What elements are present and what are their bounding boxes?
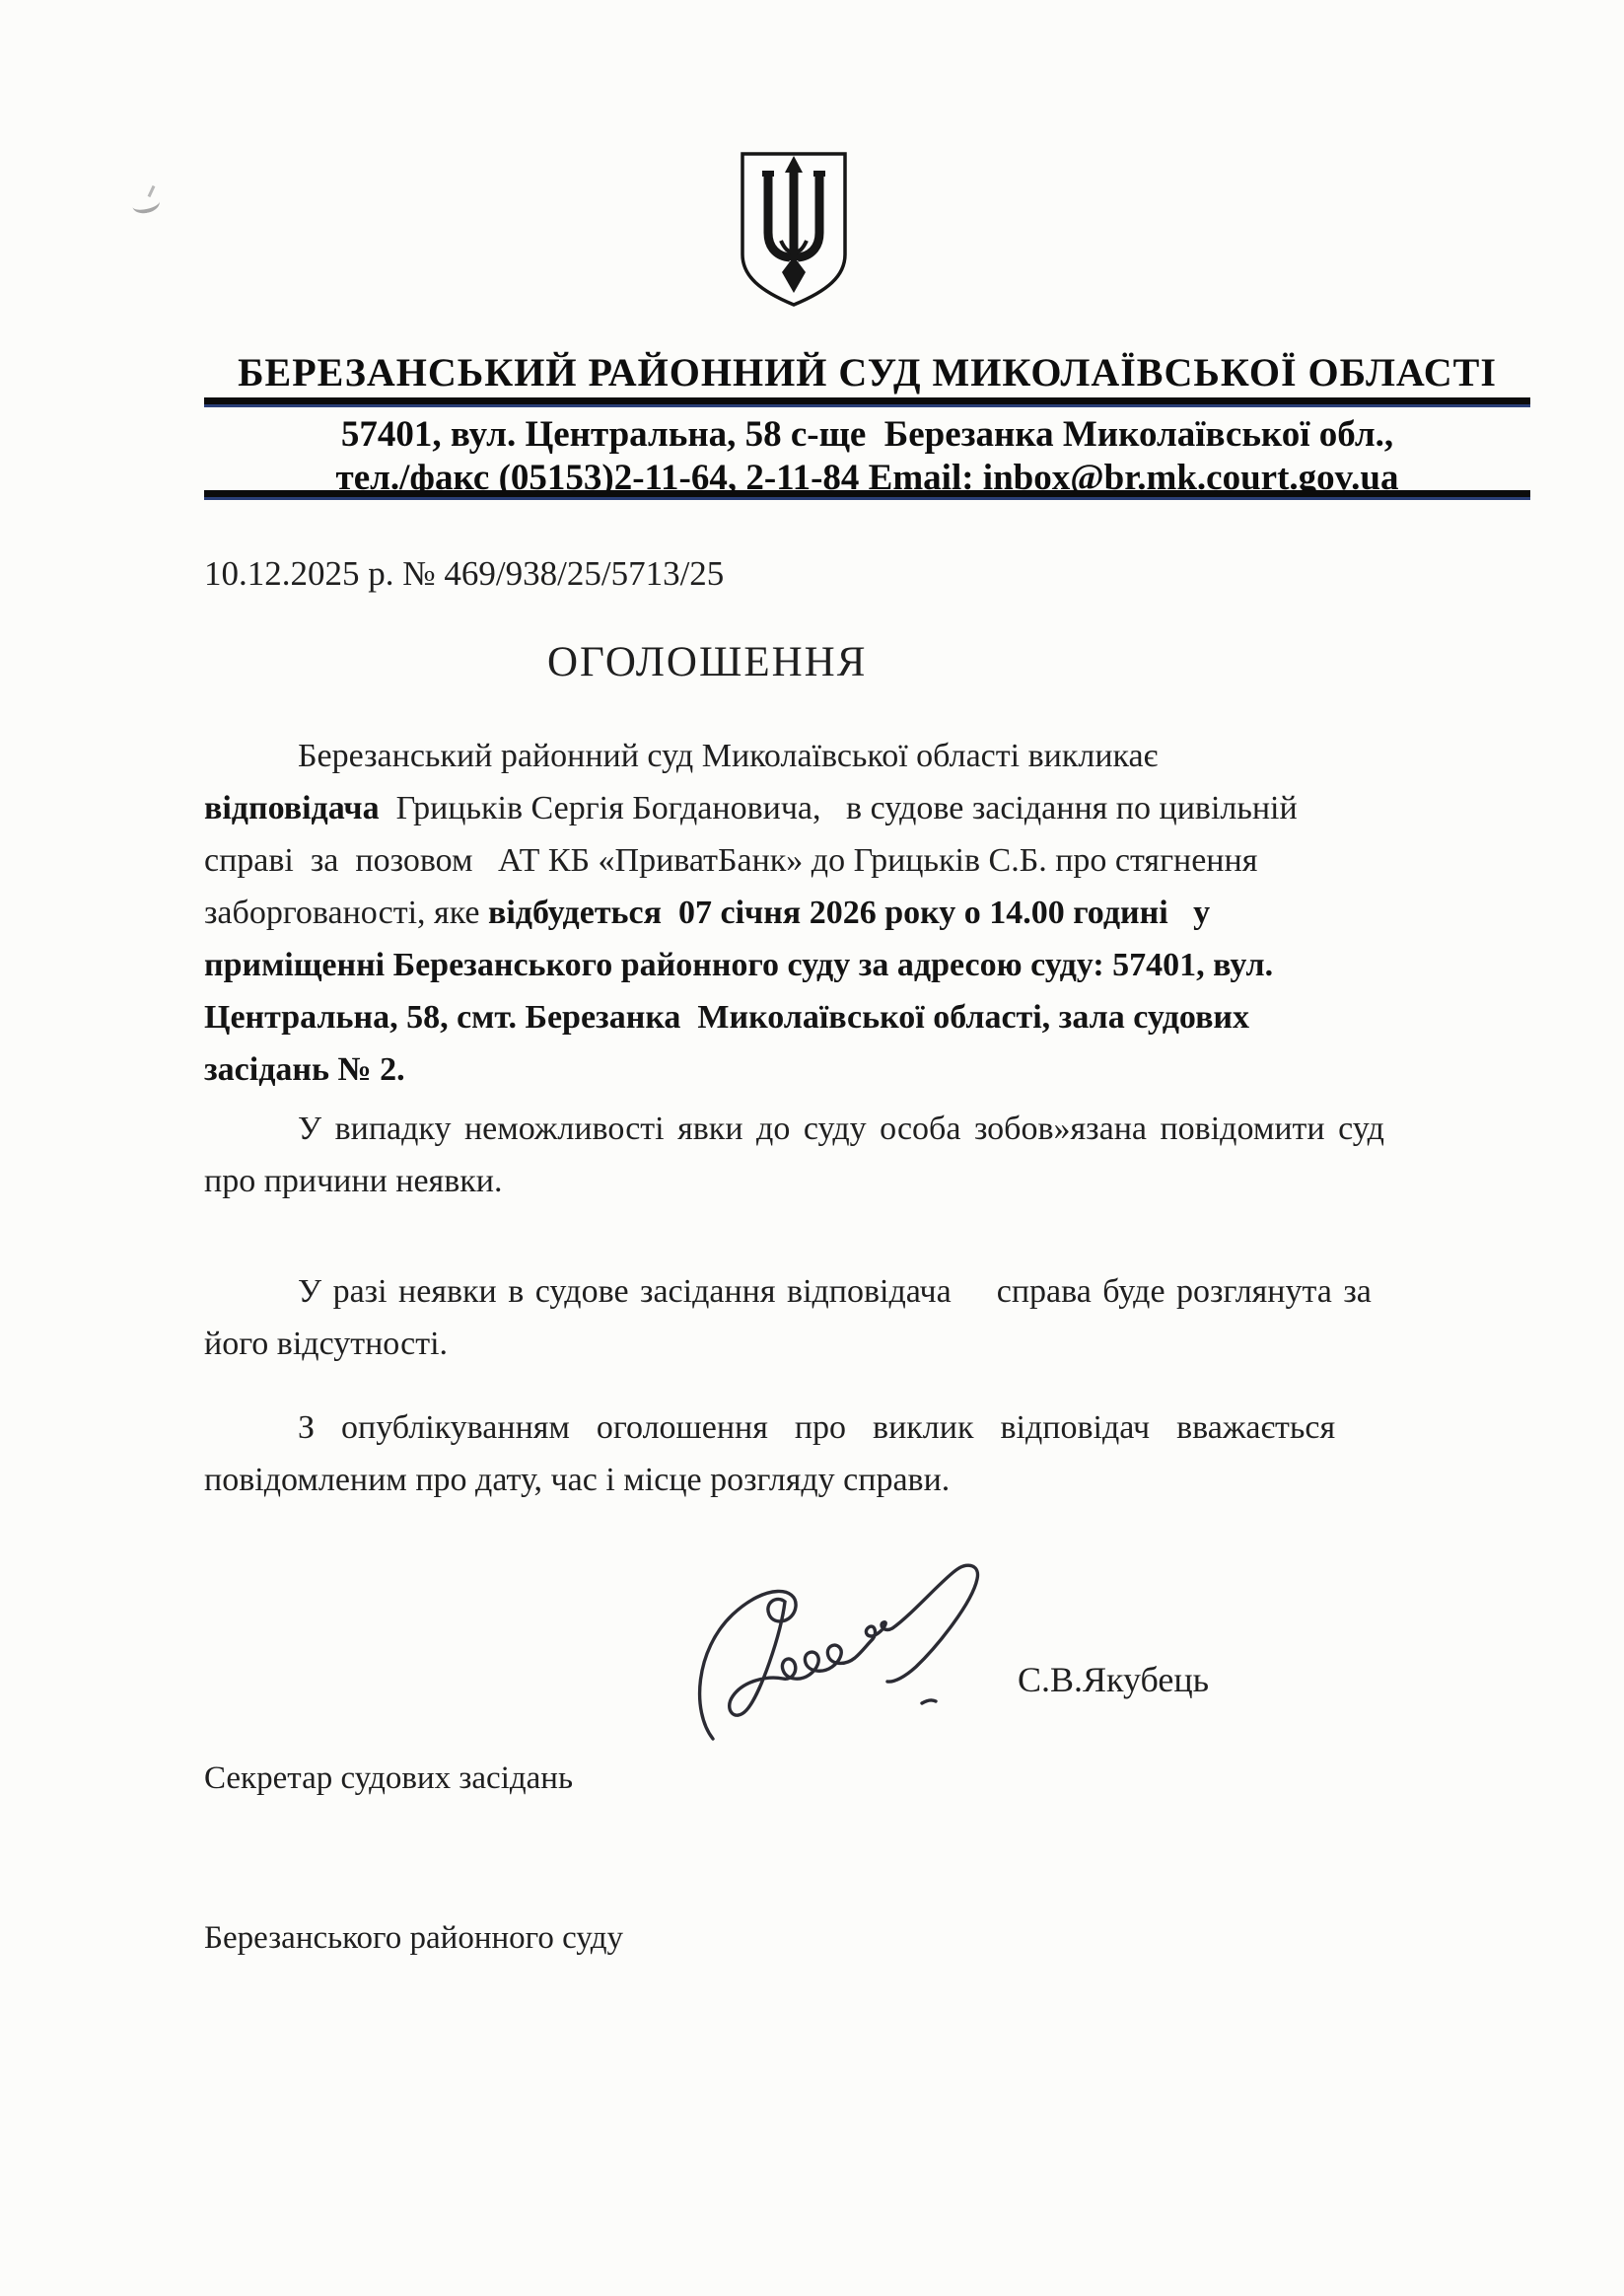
text-run-bold: засідань № 2. <box>204 1051 405 1088</box>
text-run: У разі неявки в судове засідання відпові… <box>298 1273 1372 1310</box>
paragraph-summons: Березанський районний суд Миколаївської … <box>204 730 1520 1096</box>
signatory-role-line1: Секретар судових засідань <box>204 1752 623 1805</box>
paragraph-line: У разі неявки в судове засідання відпові… <box>204 1265 1520 1318</box>
court-address-line: 57401, вул. Центральна, 58 с-ще Березанк… <box>204 413 1530 457</box>
document-page: БЕРЕЗАНСЬКИЙ РАЙОННИЙ СУД МИКОЛАЇВСЬКОЇ … <box>0 0 1624 2296</box>
text-run: З опублікуванням оголошення про виклик в… <box>298 1409 1335 1446</box>
ukraine-trident-emblem-icon <box>736 150 852 312</box>
header-rule-top <box>204 397 1530 407</box>
paragraph-line: Березанський районний суд Миколаївської … <box>204 730 1520 782</box>
paragraph-line: справі за позовом АТ КБ «ПриватБанк» до … <box>204 834 1520 887</box>
paragraph-line: У випадку неможливості явки до суду особ… <box>204 1103 1520 1155</box>
paragraph-line: заборгованості, яке відбудеться 07 січня… <box>204 887 1520 939</box>
paragraph-line: про причини неявки. <box>204 1155 1520 1207</box>
paragraph-line: повідомленим про дату, час і місце розгл… <box>204 1454 1520 1506</box>
paragraph-line: Центральна, 58, смт. Березанка Миколаївс… <box>204 991 1520 1043</box>
text-run: повідомленим про дату, час і місце розгл… <box>204 1462 950 1498</box>
text-run-bold: Центральна, 58, смт. Березанка Миколаївс… <box>204 999 1249 1036</box>
text-run: заборгованості, яке <box>204 895 488 931</box>
paragraph-line: відповідача Грицьків Сергія Богдановича,… <box>204 782 1520 834</box>
header-rule-bottom <box>204 490 1530 500</box>
text-run: Грицьків Сергія Богдановича, в судове за… <box>380 790 1298 826</box>
signatory-name: С.В.Якубець <box>1018 1659 1209 1700</box>
text-run: У випадку неможливості явки до суду особ… <box>298 1111 1384 1147</box>
text-run-bold: приміщенні Березанського районного суду … <box>204 947 1273 983</box>
text-run: Березанський районний суд Миколаївської … <box>298 738 1158 774</box>
paragraph-case-in-absentia: У разі неявки в судове засідання відпові… <box>204 1265 1520 1370</box>
text-run-bold: відбудеться 07 січня 2026 року о 14.00 г… <box>488 895 1210 931</box>
text-run: справі за позовом АТ КБ «ПриватБанк» до … <box>204 842 1257 879</box>
date-and-case-number: 10.12.2025 р. № 469/938/25/5713/25 <box>204 554 724 594</box>
paragraph-line: приміщенні Березанського районного суду … <box>204 939 1520 991</box>
handwritten-signature-icon <box>680 1563 1016 1795</box>
document-title: ОГОЛОШЕННЯ <box>547 638 867 686</box>
paragraph-nonappearance-notice: У випадку неможливості явки до суду особ… <box>204 1103 1520 1207</box>
paragraph-line: З опублікуванням оголошення про виклик в… <box>204 1401 1520 1454</box>
paragraph-line: його відсутності. <box>204 1318 1520 1370</box>
paragraph-line: засідань № 2. <box>204 1043 1520 1096</box>
signatory-role: Секретар судових засідань Березанського … <box>204 1645 623 2071</box>
text-run-bold: відповідача <box>204 790 380 826</box>
paragraph-publication-notice: З опублікуванням оголошення про виклик в… <box>204 1401 1520 1506</box>
scan-speck-mark <box>130 192 161 215</box>
signatory-role-line2: Березанського районного суду <box>204 1911 623 1965</box>
text-run: про причини неявки. <box>204 1163 502 1199</box>
court-name-heading: БЕРЕЗАНСЬКИЙ РАЙОННИЙ СУД МИКОЛАЇВСЬКОЇ … <box>204 351 1530 395</box>
text-run: його відсутності. <box>204 1326 448 1362</box>
